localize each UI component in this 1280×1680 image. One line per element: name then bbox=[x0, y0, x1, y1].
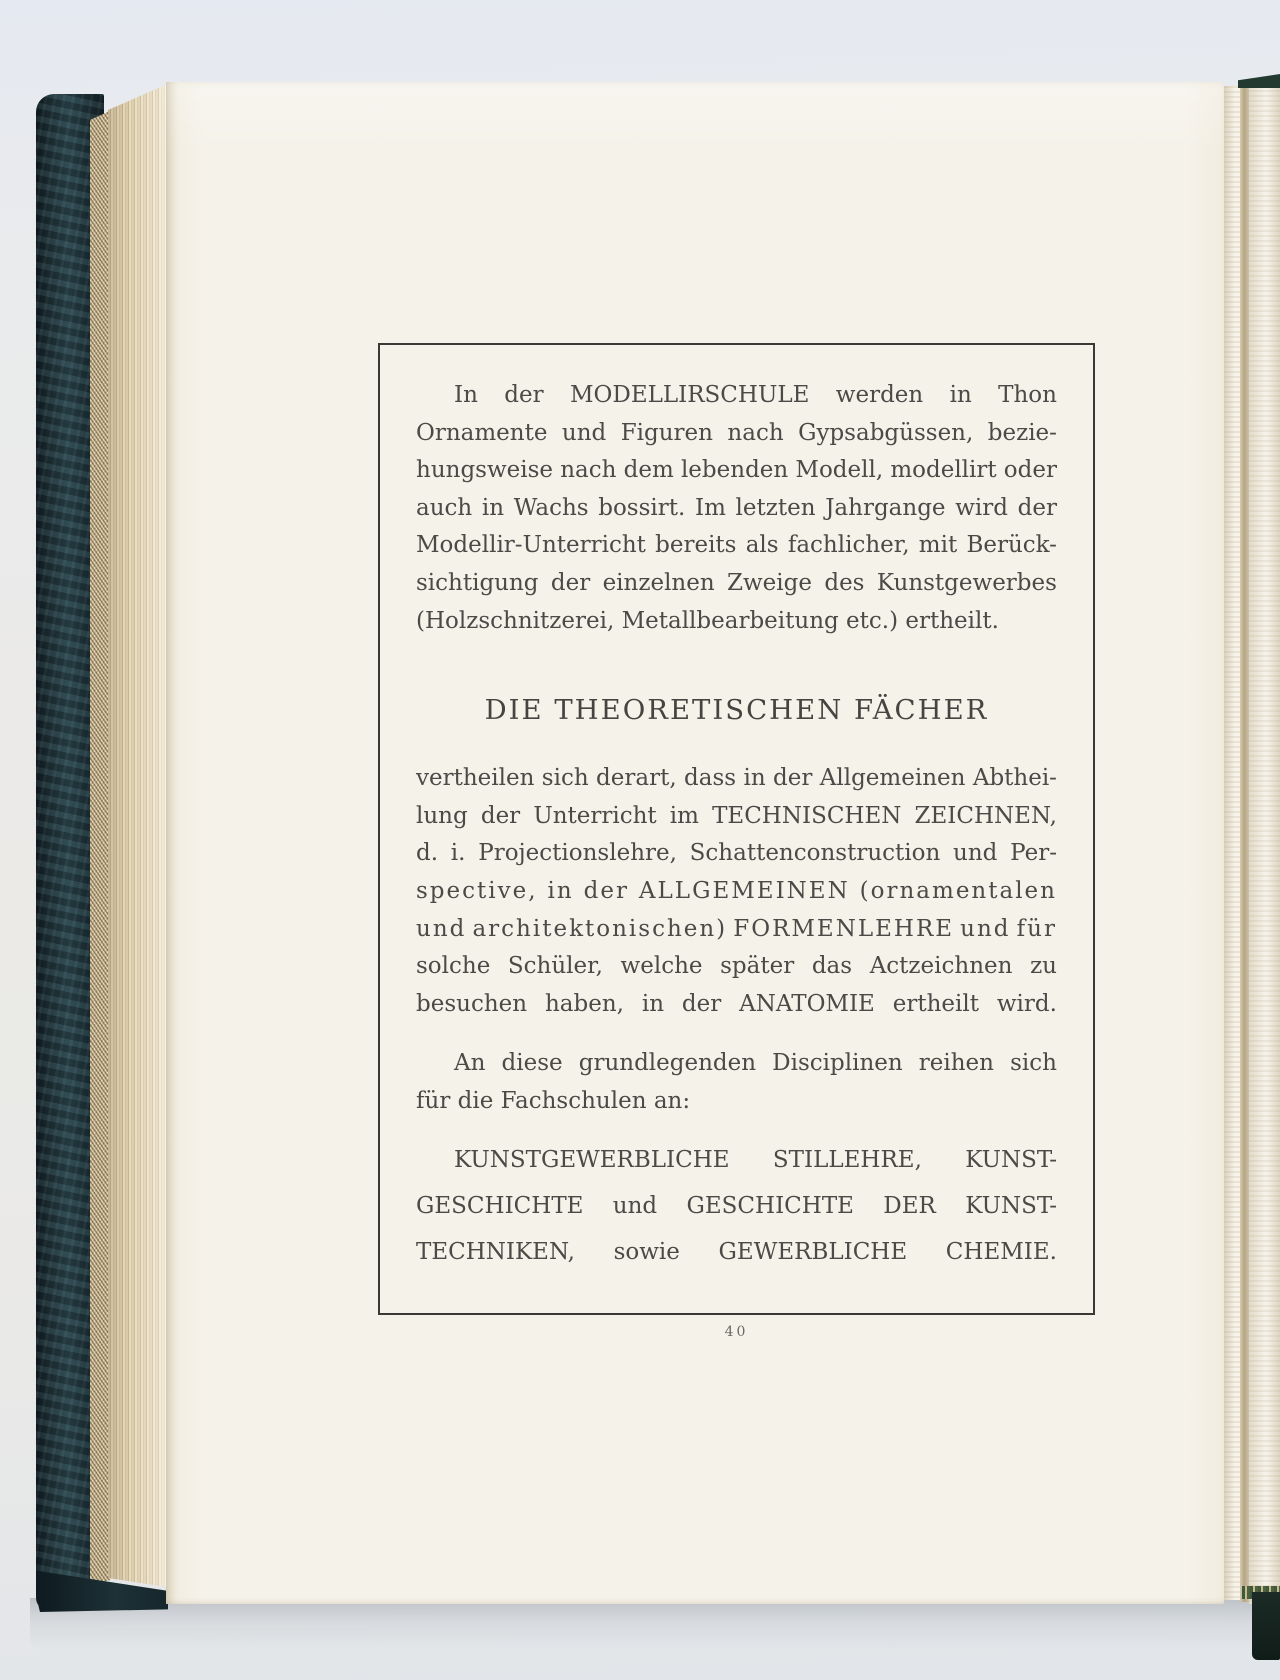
text-line: Modellir-Unterrichtbereitsalsfachlicher,… bbox=[416, 527, 1057, 565]
text-content: InderMODELLIRSCHULEwerdeninThonOrnamente… bbox=[416, 377, 1057, 1275]
text-line: spective,inderALLGEMEINEN(ornamentalen bbox=[416, 873, 1057, 911]
text-line: hungsweisenachdemlebendenModell,modellir… bbox=[416, 452, 1057, 490]
photo-backdrop: InderMODELLIRSCHULEwerdeninThonOrnamente… bbox=[0, 0, 1280, 1680]
text-line: d.i.Projectionslehre,Schattenconstructio… bbox=[416, 835, 1057, 873]
text-line: sichtigungdereinzelnenZweigedesKunstgewe… bbox=[416, 565, 1057, 603]
text-line: InderMODELLIRSCHULEwerdeninThon bbox=[416, 377, 1057, 415]
text-line: besuchenhaben,inderANATOMIEertheiltwird. bbox=[416, 986, 1057, 1024]
text-line: TECHNIKEN,sowieGEWERBLICHECHEMIE. bbox=[416, 1229, 1057, 1275]
page-block-right bbox=[1249, 80, 1280, 1604]
paragraph: InderMODELLIRSCHULEwerdeninThonOrnamente… bbox=[416, 377, 1057, 640]
book-shadow bbox=[30, 1598, 1276, 1650]
open-book-page: InderMODELLIRSCHULEwerdeninThonOrnamente… bbox=[166, 82, 1224, 1604]
text-line: AndiesegrundlegendenDisciplinenreihensic… bbox=[416, 1045, 1057, 1083]
text-line: (Holzschnitzerei, Metallbearbeitung etc.… bbox=[416, 603, 1057, 641]
book-cover-sliver-top-right bbox=[1238, 74, 1280, 88]
paragraph: KUNSTGEWERBLICHESTILLEHRE,KUNST-GESCHICH… bbox=[416, 1137, 1057, 1275]
page-number: 40 bbox=[378, 1324, 1095, 1340]
text-border-box: InderMODELLIRSCHULEwerdeninThonOrnamente… bbox=[378, 343, 1095, 1315]
paragraph: AndiesegrundlegendenDisciplinenreihensic… bbox=[416, 1045, 1057, 1120]
page-fore-edge-right bbox=[1224, 86, 1240, 1600]
paragraph: vertheilensichderart,dassinderAllgemeine… bbox=[416, 760, 1057, 1023]
text-line: vertheilensichderart,dassinderAllgemeine… bbox=[416, 760, 1057, 798]
text-line: lungderUnterrichtimTECHNISCHENZEICHNEN, bbox=[416, 798, 1057, 836]
text-line: KUNSTGEWERBLICHESTILLEHRE,KUNST- bbox=[416, 1137, 1057, 1183]
section-heading: DIE THEORETISCHEN FÄCHER bbox=[416, 690, 1057, 730]
page-edges-left bbox=[108, 84, 168, 1596]
text-line: OrnamenteundFigurennachGypsabgüssen,bezi… bbox=[416, 415, 1057, 453]
gauffered-gilt-edge-left bbox=[90, 106, 110, 1588]
text-line: solcheSchüler,welchespäterdasActzeichnen… bbox=[416, 948, 1057, 986]
text-line: auchinWachsbossirt.ImletztenJahrgangewir… bbox=[416, 490, 1057, 528]
text-line: undarchitektonischen)FORMENLEHREundfür bbox=[416, 911, 1057, 949]
text-line: GESCHICHTEundGESCHICHTEDERKUNST- bbox=[416, 1183, 1057, 1229]
book-cover-corner-bottom-right bbox=[1252, 1592, 1280, 1660]
text-line: für die Fachschulen an: bbox=[416, 1083, 1057, 1121]
gutter-shadow-right bbox=[1240, 84, 1249, 1602]
